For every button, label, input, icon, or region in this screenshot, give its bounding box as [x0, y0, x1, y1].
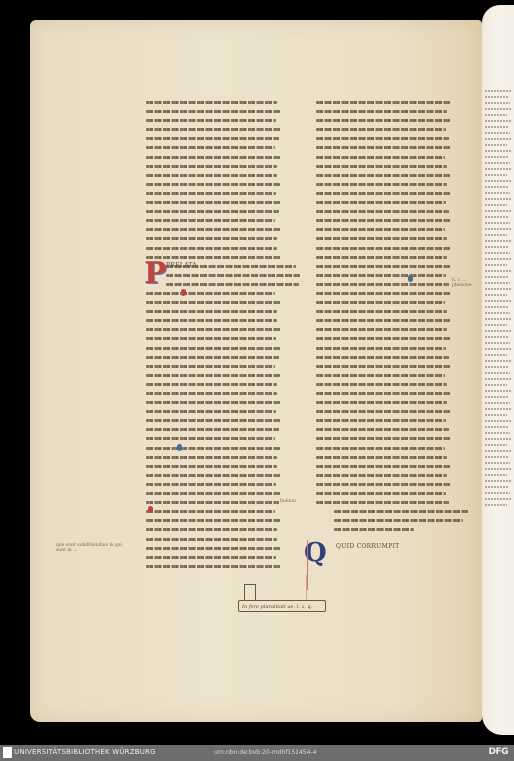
text-line	[146, 137, 279, 140]
text-line	[146, 146, 275, 149]
facing-page-text	[485, 90, 511, 510]
rubric-heading-right: QUID CORRUMPIT	[336, 543, 399, 550]
text-line	[316, 483, 450, 486]
paragraph-mark-blue	[408, 275, 413, 282]
text-line	[485, 312, 510, 314]
catchword: In fere pluralitati ue. l. x. q.	[238, 600, 326, 612]
text-line	[334, 510, 468, 513]
text-line	[485, 156, 508, 158]
text-line	[146, 538, 277, 541]
catchword-tab	[244, 584, 256, 601]
text-line	[146, 365, 275, 368]
text-line	[485, 108, 511, 110]
text-line	[485, 234, 507, 236]
text-column-left	[146, 101, 280, 574]
text-line	[316, 146, 450, 149]
text-line	[316, 156, 445, 159]
text-line	[485, 318, 511, 320]
text-line	[316, 501, 449, 504]
text-line	[146, 383, 277, 386]
text-line	[485, 342, 510, 344]
text-line	[485, 486, 508, 488]
text-line	[316, 356, 449, 359]
paragraph-mark-blue	[177, 444, 182, 451]
text-line	[146, 319, 277, 322]
text-line	[485, 138, 511, 140]
text-line	[485, 378, 511, 380]
text-line	[316, 237, 447, 240]
text-line	[485, 480, 511, 482]
initial-flourish	[307, 540, 308, 590]
text-line	[316, 365, 450, 368]
text-line	[316, 192, 450, 195]
paragraph-mark-red	[181, 289, 186, 296]
text-line	[146, 328, 280, 331]
text-line	[485, 372, 510, 374]
text-line	[146, 210, 279, 213]
text-line	[485, 492, 510, 494]
text-line	[334, 519, 463, 522]
text-line	[146, 410, 276, 413]
text-line	[316, 456, 447, 459]
text-line	[485, 450, 511, 452]
text-line	[485, 462, 510, 464]
text-line	[146, 556, 276, 559]
text-line	[316, 256, 447, 259]
text-line	[485, 276, 508, 278]
text-line	[316, 274, 446, 277]
text-line	[485, 360, 511, 362]
text-line	[316, 428, 449, 431]
text-line	[485, 438, 511, 440]
text-line	[485, 300, 511, 302]
text-line	[146, 456, 277, 459]
text-line	[146, 201, 280, 204]
text-line	[485, 240, 511, 242]
text-line	[146, 237, 277, 240]
text-line	[146, 301, 280, 304]
text-line	[146, 156, 280, 159]
text-line	[166, 274, 300, 277]
text-line	[485, 294, 507, 296]
text-line	[146, 565, 280, 568]
text-line	[485, 270, 511, 272]
text-line	[146, 483, 276, 486]
text-line	[485, 396, 508, 398]
text-line	[485, 102, 510, 104]
text-line	[146, 401, 280, 404]
text-line	[316, 174, 450, 177]
text-line	[146, 501, 279, 504]
text-line	[485, 120, 511, 122]
text-line	[316, 119, 450, 122]
text-line	[146, 474, 280, 477]
text-line	[485, 186, 508, 188]
text-line	[485, 432, 510, 434]
paragraph-mark-red	[148, 506, 153, 513]
text-line	[485, 168, 511, 170]
image-viewer: P PRELATA Q QUID CORRUMPIT In fere plura…	[0, 0, 514, 740]
text-line	[316, 110, 447, 113]
text-line	[485, 336, 508, 338]
text-line	[485, 96, 508, 98]
text-line	[485, 366, 508, 368]
text-line	[146, 547, 280, 550]
text-line	[485, 288, 511, 290]
text-line	[316, 201, 446, 204]
margin-note-left: que sunt subditionibus & qui sunt in ...	[56, 543, 126, 553]
text-line	[146, 428, 279, 431]
decorated-initial-p: P	[144, 256, 167, 291]
text-line	[316, 337, 450, 340]
text-line	[316, 128, 446, 131]
text-line	[316, 183, 447, 186]
text-line	[146, 101, 277, 104]
initial-flourish	[306, 575, 307, 600]
text-line	[316, 265, 450, 268]
text-line	[485, 180, 511, 182]
text-line	[146, 374, 280, 377]
text-line	[485, 228, 511, 230]
text-line	[146, 192, 276, 195]
text-line	[485, 204, 507, 206]
text-line	[316, 301, 445, 304]
text-line	[316, 347, 446, 350]
text-line	[146, 128, 280, 131]
text-line	[316, 228, 445, 231]
urn-identifier[interactable]: urn:nbn:de:bvb:20-mdhf151454-4	[214, 749, 316, 756]
text-line	[316, 447, 445, 450]
text-line	[485, 90, 511, 92]
text-line	[146, 228, 280, 231]
text-line	[316, 328, 447, 331]
text-line	[316, 437, 450, 440]
text-line	[316, 419, 446, 422]
text-line	[146, 337, 276, 340]
text-line	[485, 474, 507, 476]
text-line	[316, 465, 450, 468]
text-line	[485, 330, 511, 332]
text-line	[485, 210, 511, 212]
text-line	[485, 414, 507, 416]
text-line	[316, 137, 449, 140]
text-line	[316, 210, 449, 213]
text-line	[316, 247, 450, 250]
text-line	[146, 519, 280, 522]
text-line	[316, 165, 447, 168]
text-line	[146, 419, 280, 422]
text-line	[485, 258, 511, 260]
text-line	[485, 504, 507, 506]
text-line	[485, 354, 507, 356]
text-line	[316, 492, 446, 495]
rubric-heading-left: PRELATA	[166, 262, 197, 269]
library-logo-icon	[3, 747, 12, 758]
text-line	[316, 383, 447, 386]
text-line	[485, 306, 508, 308]
text-line	[146, 356, 279, 359]
text-line	[485, 408, 511, 410]
text-line	[146, 183, 280, 186]
margin-note-small: fnelum	[280, 499, 300, 504]
text-line	[485, 192, 510, 194]
text-line	[316, 292, 450, 295]
text-line	[146, 219, 275, 222]
text-line	[146, 247, 277, 250]
text-line	[485, 252, 510, 254]
text-line	[316, 310, 447, 313]
text-line	[146, 292, 275, 295]
dfg-logo: DFG	[488, 747, 508, 757]
text-line	[146, 528, 277, 531]
text-line	[485, 282, 510, 284]
text-line	[316, 319, 450, 322]
text-line	[146, 437, 275, 440]
text-line	[316, 401, 447, 404]
text-line	[146, 392, 277, 395]
text-line	[146, 492, 280, 495]
text-line	[485, 390, 511, 392]
text-line	[485, 498, 511, 500]
text-line	[146, 165, 277, 168]
margin-note-right: h. r. ... plemone	[452, 278, 480, 288]
text-line	[485, 426, 508, 428]
text-line	[485, 324, 507, 326]
text-line	[485, 246, 508, 248]
text-line	[146, 447, 280, 450]
text-line	[146, 347, 280, 350]
text-line	[146, 310, 277, 313]
text-line	[485, 198, 511, 200]
library-name: UNIVERSITÄTSBIBLIOTHEK WÜRZBURG	[14, 748, 156, 756]
text-column-right	[316, 101, 450, 538]
text-line	[485, 384, 507, 386]
text-line	[316, 101, 450, 104]
text-line	[485, 444, 507, 446]
text-line	[316, 410, 450, 413]
text-line	[146, 465, 277, 468]
text-line	[146, 119, 276, 122]
text-line	[316, 392, 450, 395]
text-line	[316, 474, 447, 477]
text-line	[485, 468, 511, 470]
text-line	[146, 510, 275, 513]
text-line	[316, 374, 445, 377]
text-line	[146, 174, 277, 177]
text-line	[485, 420, 511, 422]
text-line	[334, 528, 414, 531]
text-line	[485, 348, 511, 350]
text-line	[485, 132, 510, 134]
text-line	[146, 110, 280, 113]
text-line	[485, 114, 507, 116]
text-line	[485, 162, 510, 164]
text-line	[166, 283, 299, 286]
text-line	[485, 402, 510, 404]
text-line	[485, 174, 507, 176]
text-line	[316, 219, 450, 222]
text-line	[485, 222, 510, 224]
text-line	[316, 283, 449, 286]
text-line	[485, 150, 511, 152]
text-line	[485, 216, 508, 218]
footer-bar: UNIVERSITÄTSBIBLIOTHEK WÜRZBURG urn:nbn:…	[0, 745, 514, 761]
text-line	[485, 264, 507, 266]
text-line	[485, 144, 507, 146]
text-line	[485, 126, 508, 128]
text-line	[485, 456, 508, 458]
